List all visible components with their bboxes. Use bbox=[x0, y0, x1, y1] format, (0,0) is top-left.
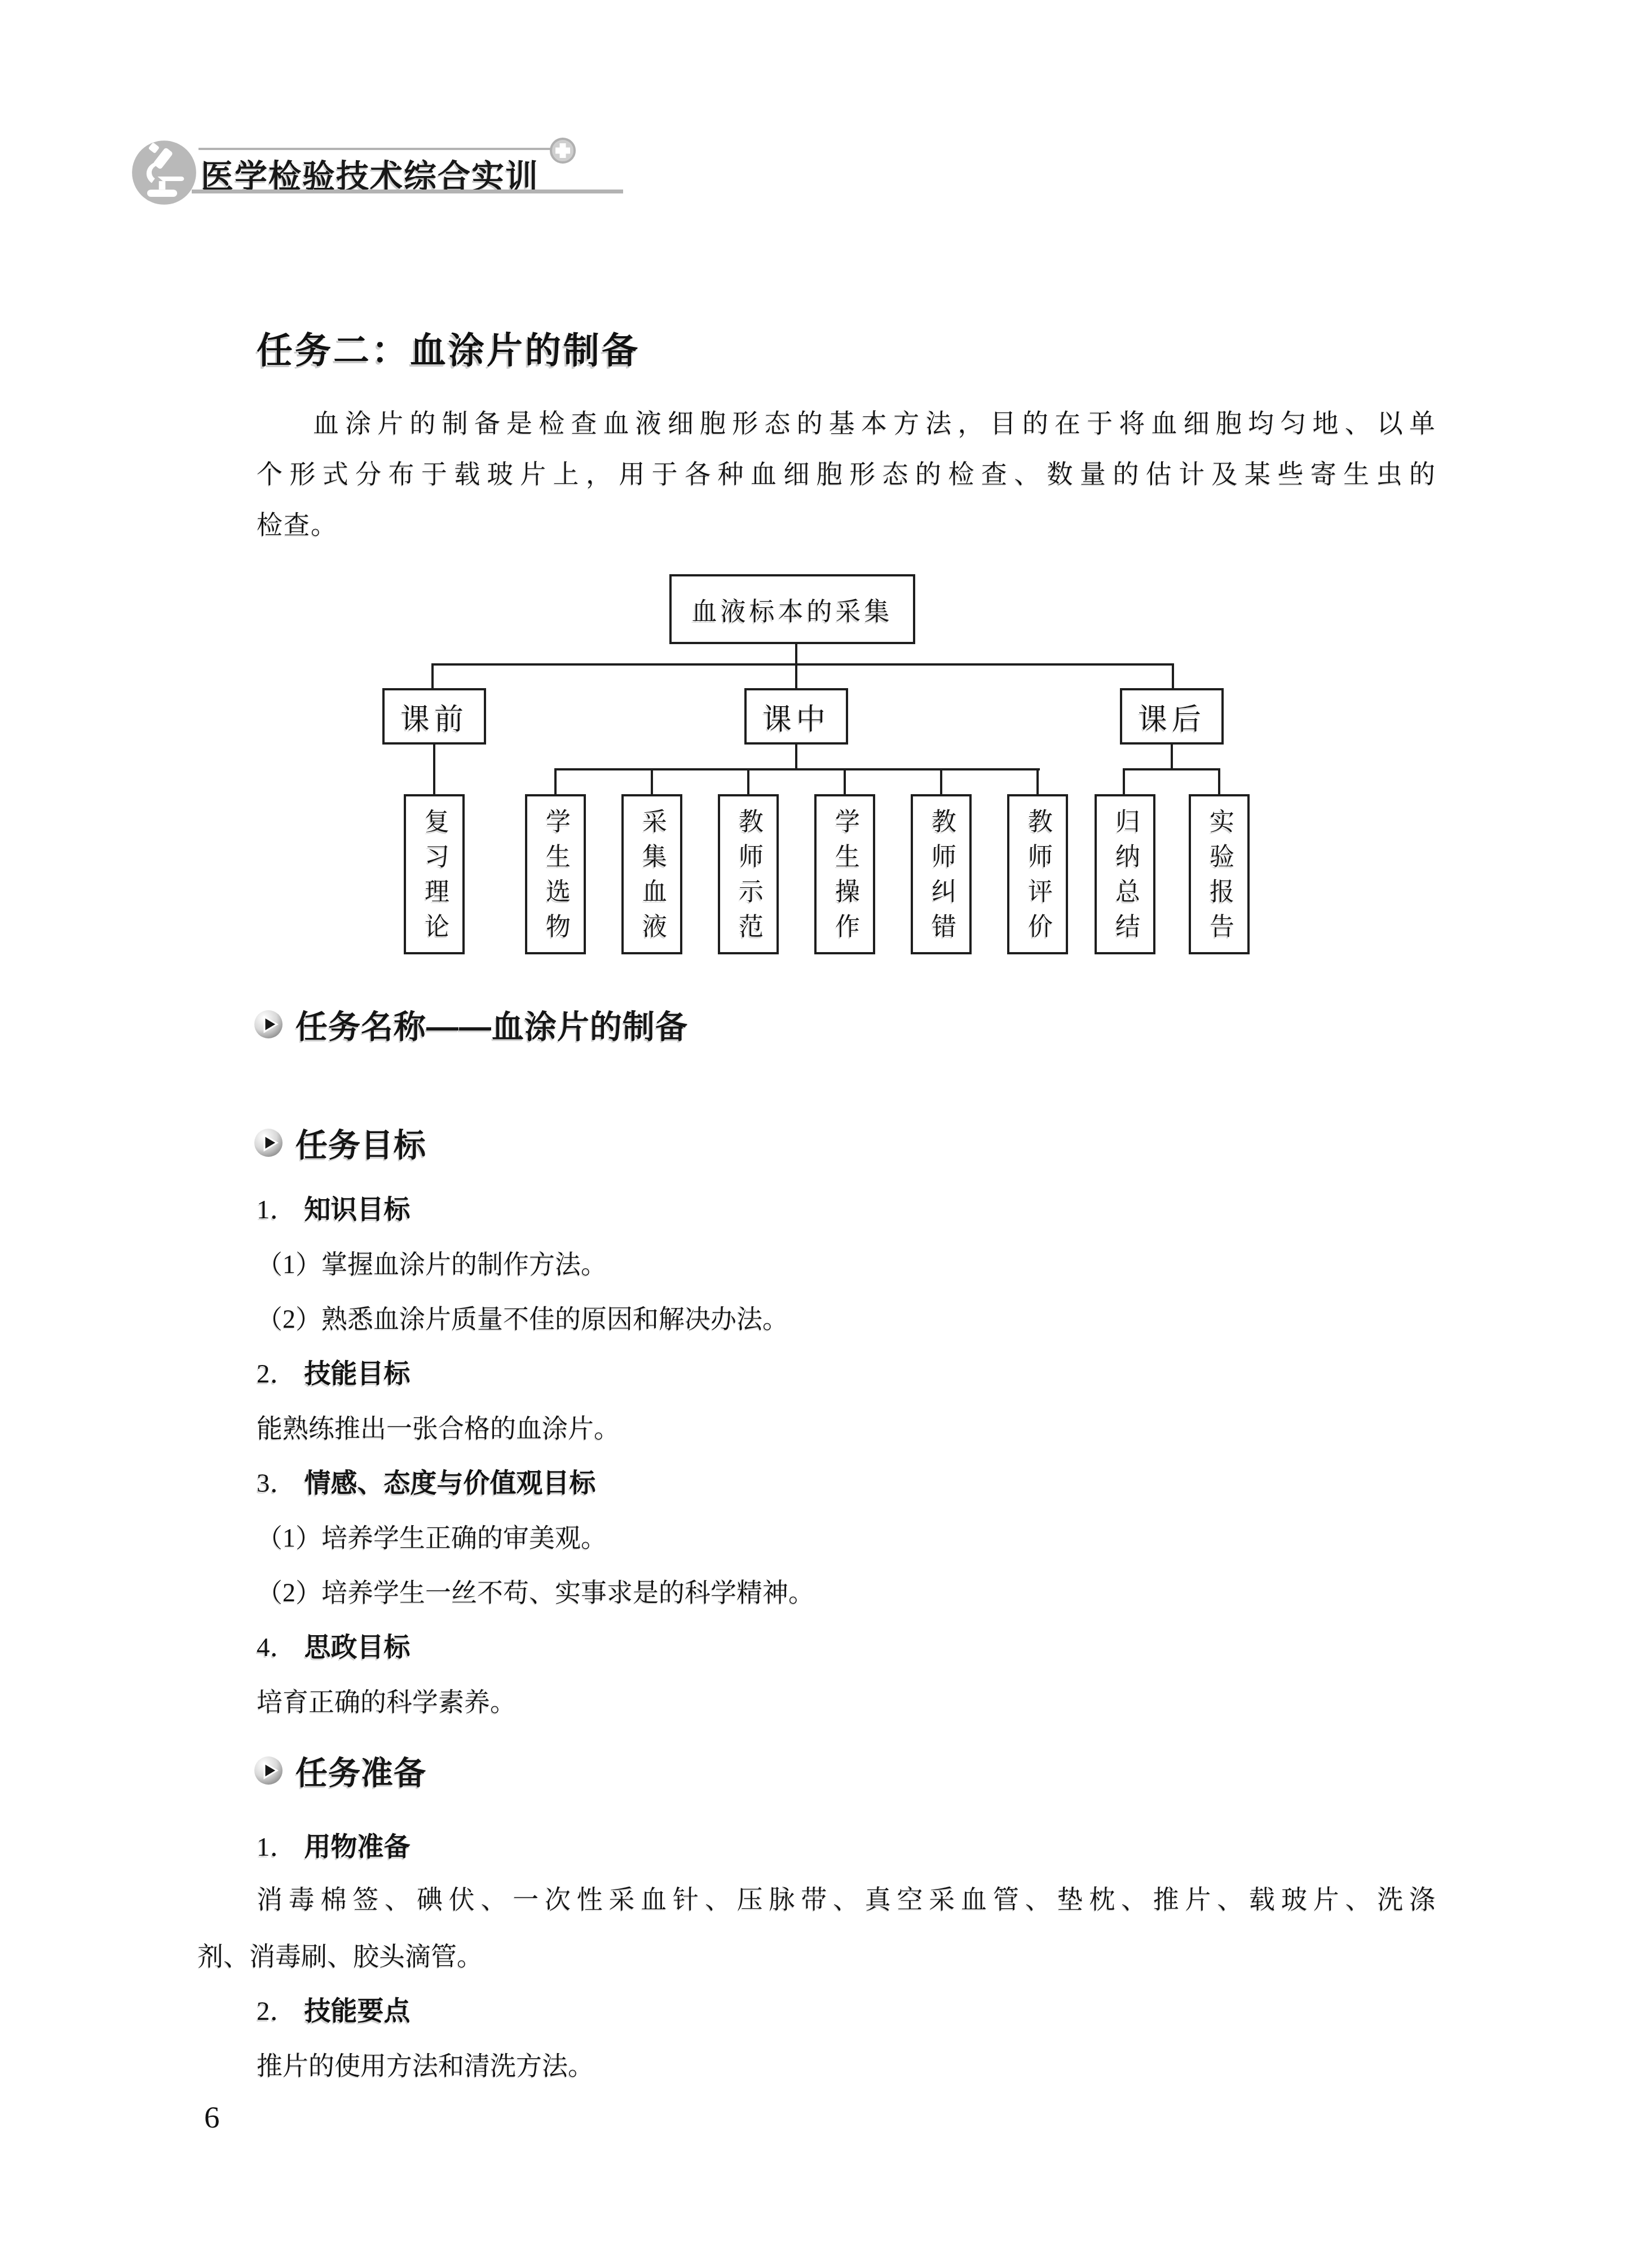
item-text: （2）熟悉血涂片质量不佳的原因和解决办法。 bbox=[257, 1298, 788, 1336]
item-text: 情感、态度与价值观目标 bbox=[305, 1462, 596, 1500]
connector-line bbox=[795, 644, 797, 666]
item-number: 1． bbox=[257, 1826, 297, 1864]
flowchart-leaf-box: 归纳总结 bbox=[1095, 794, 1155, 954]
flowchart-leaf-box: 学生选物 bbox=[525, 794, 586, 954]
numbered-subheading: 4． 思政目标 bbox=[257, 1618, 1436, 1672]
microscope-icon bbox=[131, 140, 197, 205]
leaf-label: 学生选物 bbox=[537, 800, 573, 948]
flowchart-leaf-box: 采集血液 bbox=[621, 794, 682, 954]
branch-label: 课后 bbox=[1138, 695, 1206, 738]
section-heading-label: 任务名称——血涂片的制备 bbox=[295, 1001, 688, 1047]
flowchart-branch-before-class: 课前 bbox=[382, 688, 486, 745]
numbered-subheading: 2． 技能要点 bbox=[257, 1981, 1436, 2036]
list-item: （2）熟悉血涂片质量不佳的原因和解决办法。 bbox=[257, 1289, 1436, 1344]
item-text: 剂、消毒刷、胶头滴管。 bbox=[197, 1936, 483, 1973]
intro-paragraph: 血涂片的制备是检查血液细胞形态的基本方法，目的在于将血细胞均匀地、以单 个形式分… bbox=[257, 398, 1436, 551]
connector-line bbox=[1171, 742, 1173, 770]
leaf-label: 教师纠错 bbox=[923, 800, 959, 948]
textbook-page: 医学检验技术综合实训 任务二：血涂片的制备 血涂片的制备是检查血液细胞形态的基本… bbox=[0, 0, 1628, 2268]
header-rule-bottom bbox=[192, 190, 623, 193]
numbered-subheading: 1． 用物准备 bbox=[257, 1817, 1436, 1872]
flowchart-branch-during-class: 课中 bbox=[744, 688, 848, 745]
page-number: 6 bbox=[204, 2099, 220, 2135]
connector-line bbox=[1036, 769, 1039, 795]
flowchart-branch-after-class: 课后 bbox=[1120, 688, 1224, 745]
flowchart-leaf-box: 教师示范 bbox=[718, 794, 779, 954]
flowchart-leaf-box: 复习理论 bbox=[404, 794, 465, 954]
medical-cross-icon bbox=[549, 137, 576, 164]
item-number: 1． bbox=[257, 1188, 297, 1226]
item-text: 用物准备 bbox=[305, 1826, 411, 1864]
numbered-subheading: 1． 知识目标 bbox=[257, 1180, 1436, 1235]
connector-line bbox=[1172, 663, 1174, 689]
item-number: 4． bbox=[257, 1626, 297, 1664]
connector-line bbox=[651, 769, 653, 795]
item-text: 能熟练推出一张合格的血涂片。 bbox=[257, 1408, 620, 1445]
item-text: 思政目标 bbox=[305, 1626, 411, 1664]
page-title: 任务二：血涂片的制备 bbox=[257, 322, 640, 373]
numbered-subheading: 3． 情感、态度与价值观目标 bbox=[257, 1454, 1436, 1508]
leaf-label: 实验报告 bbox=[1201, 800, 1237, 948]
list-item: 剂、消毒刷、胶头滴管。 bbox=[197, 1927, 1436, 1981]
item-text: 技能要点 bbox=[305, 1990, 411, 2028]
branch-label: 课前 bbox=[400, 695, 468, 738]
flowchart-leaf-box: 教师纠错 bbox=[911, 794, 972, 954]
preparation-list: 1． 用物准备 消毒棉签、碘伏、一次性采血针、压脉带、真空采血管、垫枕、推片、载… bbox=[257, 1817, 1436, 2091]
numbered-subheading: 2． 技能目标 bbox=[257, 1344, 1436, 1399]
section-heading-task-preparation: 任务准备 bbox=[254, 1747, 426, 1794]
connector-line bbox=[940, 769, 942, 795]
list-item: 推片的使用方法和清洗方法。 bbox=[257, 2036, 1436, 2091]
list-item: （1）培养学生正确的审美观。 bbox=[257, 1508, 1436, 1563]
item-number: 2． bbox=[257, 1353, 297, 1390]
connector-line bbox=[554, 769, 557, 795]
section-heading-label: 任务目标 bbox=[295, 1120, 426, 1166]
intro-line: 个形式分布于载玻片上，用于各种血细胞形态的检查、数量的估计及某些寄生虫的 bbox=[257, 449, 1436, 500]
goals-list: 1． 知识目标 （1）掌握血涂片的制作方法。 （2）熟悉血涂片质量不佳的原因和解… bbox=[257, 1180, 1436, 1727]
flowchart-leaf-box: 教师评价 bbox=[1007, 794, 1068, 954]
item-text: 培育正确的科学素养。 bbox=[257, 1681, 516, 1719]
section-heading-label: 任务准备 bbox=[295, 1747, 426, 1794]
leaf-label: 教师示范 bbox=[730, 800, 766, 948]
flowchart-leaf-box: 实验报告 bbox=[1189, 794, 1250, 954]
connector-line bbox=[1123, 769, 1125, 795]
play-icon bbox=[254, 1128, 283, 1157]
list-item: （1）掌握血涂片的制作方法。 bbox=[257, 1235, 1436, 1289]
leaf-label: 归纳总结 bbox=[1107, 800, 1143, 948]
leaf-label: 采集血液 bbox=[634, 800, 670, 948]
play-icon bbox=[254, 1756, 283, 1785]
connector-line bbox=[431, 663, 1174, 666]
item-text: （1）掌握血涂片的制作方法。 bbox=[257, 1244, 607, 1281]
connector-line bbox=[433, 742, 435, 795]
play-icon bbox=[254, 1010, 283, 1039]
lesson-flowchart: 血液标本的采集 课前 课中 课后 复习理论 学生选物 采集血液 教师示范 学生操… bbox=[361, 573, 1274, 968]
flowchart-root-box: 血液标本的采集 bbox=[669, 574, 915, 644]
item-text: 知识目标 bbox=[305, 1188, 411, 1226]
flowchart-root-label: 血液标本的采集 bbox=[691, 591, 893, 628]
connector-line bbox=[747, 769, 749, 795]
connector-line bbox=[844, 769, 846, 795]
connector-line bbox=[554, 768, 1040, 770]
list-item: 培育正确的科学素养。 bbox=[257, 1672, 1436, 1727]
connector-line bbox=[431, 663, 434, 689]
item-text: （1）培养学生正确的审美观。 bbox=[257, 1517, 607, 1554]
connector-line bbox=[795, 663, 797, 689]
section-heading-task-goals: 任务目标 bbox=[254, 1120, 426, 1166]
list-item: 能熟练推出一张合格的血涂片。 bbox=[257, 1399, 1436, 1454]
connector-line bbox=[795, 742, 797, 770]
intro-line: 血涂片的制备是检查血液细胞形态的基本方法，目的在于将血细胞均匀地、以单 bbox=[257, 398, 1436, 449]
item-text: 技能目标 bbox=[305, 1353, 411, 1390]
list-item: （2）培养学生一丝不苟、实事求是的科学精神。 bbox=[257, 1563, 1436, 1618]
item-text: 推片的使用方法和清洗方法。 bbox=[257, 2045, 594, 2082]
section-heading-task-name: 任务名称——血涂片的制备 bbox=[254, 1001, 688, 1047]
item-number: 2． bbox=[257, 1990, 297, 2028]
connector-line bbox=[1123, 768, 1220, 770]
item-number: 3． bbox=[257, 1462, 297, 1500]
list-item: 消毒棉签、碘伏、一次性采血针、压脉带、真空采血管、垫枕、推片、载玻片、洗涤 bbox=[257, 1872, 1436, 1927]
intro-line: 检查。 bbox=[257, 500, 1436, 551]
leaf-label: 学生操作 bbox=[827, 800, 863, 948]
flowchart-leaf-box: 学生操作 bbox=[814, 794, 875, 954]
branch-label: 课中 bbox=[762, 695, 830, 738]
item-text: （2）培养学生一丝不苟、实事求是的科学精神。 bbox=[257, 1572, 814, 1609]
leaf-label: 教师评价 bbox=[1020, 800, 1056, 948]
leaf-label: 复习理论 bbox=[416, 800, 452, 948]
connector-line bbox=[1218, 769, 1220, 795]
